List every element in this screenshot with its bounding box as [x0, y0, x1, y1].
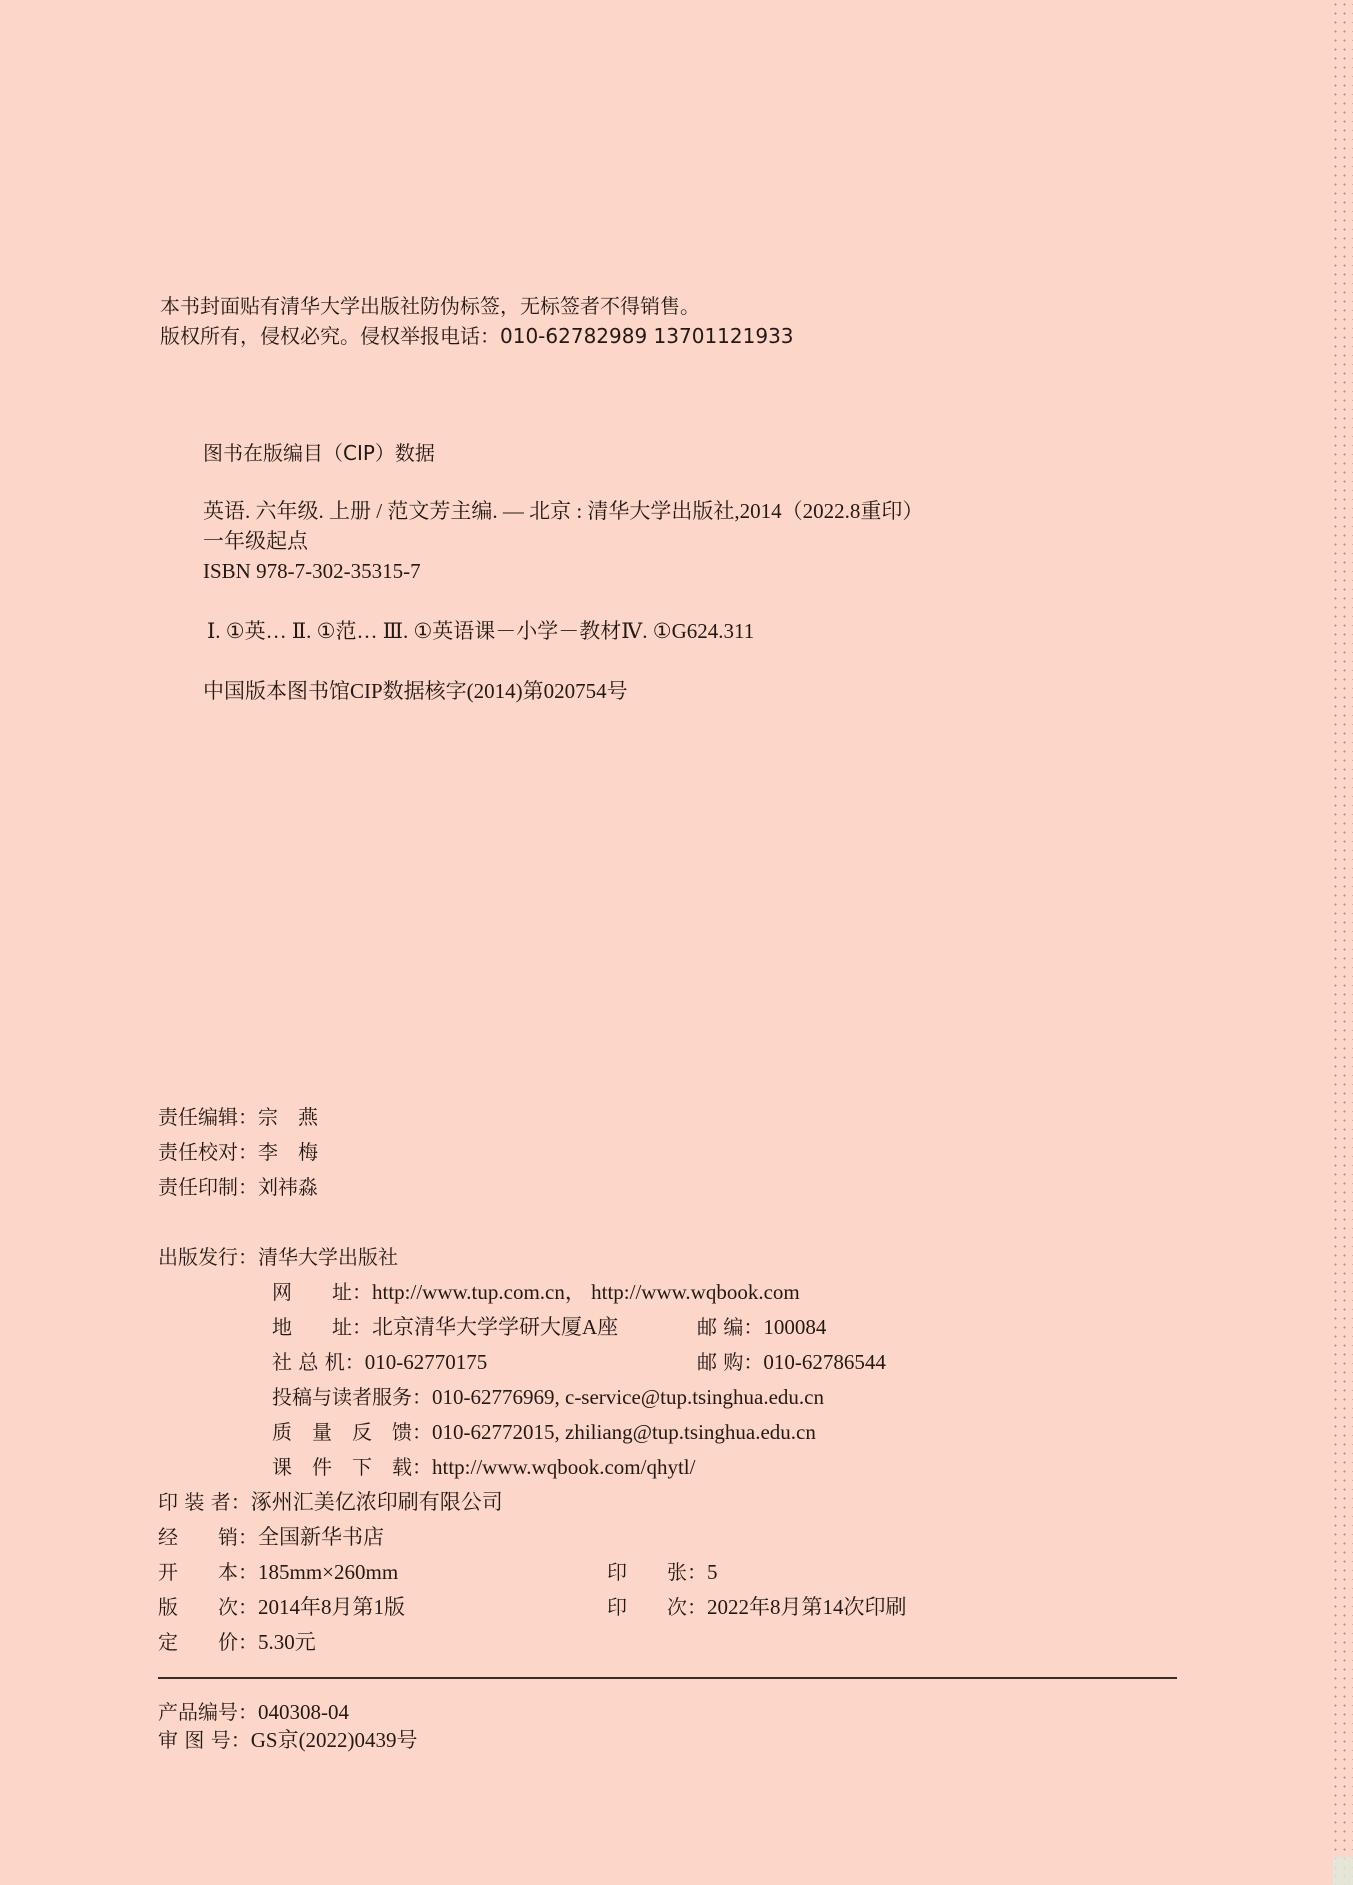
impression-value: 2022年8月第14次印刷: [707, 1597, 907, 1618]
cip-approval-number: 中国版本图书馆CIP数据核字(2014)第020754号: [203, 681, 628, 702]
product-code-label: 产品编号：: [158, 1702, 258, 1722]
price-label: 定 价：: [158, 1632, 258, 1652]
impression-label: 印 次：: [607, 1597, 707, 1617]
staff-print-manager: 责任印制： 刘祎淼: [158, 1177, 318, 1197]
cip-record-line: 英语. 六年级. 上册 / 范文芳主编. — 北京 : 清华大学出版社,2014…: [203, 501, 923, 522]
switchboard-value: 010-62770175: [365, 1352, 488, 1373]
impression: 印 次： 2022年8月第14次印刷: [607, 1597, 907, 1618]
publisher-name: 清华大学出版社: [258, 1247, 398, 1267]
page-corner-tint: [1333, 1857, 1353, 1885]
address-label: 地 址：: [272, 1317, 372, 1337]
map-review-number: 审 图 号： GS京(2022)0439号: [158, 1730, 418, 1751]
publisher-reader-service: 投稿与读者服务： 010-62776969, c-service@tup.tsi…: [272, 1387, 824, 1408]
address-value: 北京清华大学学研大厦A座: [372, 1317, 618, 1338]
courseware-label: 课 件 下 载：: [272, 1457, 432, 1477]
reader-service-value[interactable]: 010-62776969, c-service@tup.tsinghua.edu…: [432, 1387, 824, 1408]
format-label: 开 本：: [158, 1562, 258, 1582]
distributor: 经 销： 全国新华书店: [158, 1527, 384, 1548]
website-label: 网 址：: [272, 1282, 372, 1302]
price-value: 5.30元: [258, 1632, 316, 1653]
publisher-postcode: 邮 编： 100084: [697, 1317, 826, 1338]
edition-value: 2014年8月第1版: [258, 1597, 405, 1618]
sheets-label: 印 张：: [607, 1562, 707, 1582]
price: 定 价： 5.30元: [158, 1632, 316, 1653]
quality-feedback-label: 质 量 反 馈：: [272, 1422, 432, 1442]
map-review-label: 审 图 号：: [158, 1730, 251, 1750]
reader-service-label: 投稿与读者服务：: [272, 1387, 432, 1407]
edition-label: 版 次：: [158, 1597, 258, 1617]
product-code: 产品编号： 040308-04: [158, 1702, 349, 1723]
sheets-value: 5: [707, 1562, 718, 1583]
mail-order-value: 010-62786544: [763, 1352, 886, 1373]
edition: 版 次： 2014年8月第1版: [158, 1597, 405, 1618]
horizontal-divider: [158, 1677, 1177, 1679]
quality-feedback-value[interactable]: 010-62772015, zhiliang@tup.tsinghua.edu.…: [432, 1422, 816, 1443]
courseware-link[interactable]: http://www.wqbook.com/qhytl/: [432, 1457, 695, 1478]
staff-editor: 责任编辑： 宗 燕: [158, 1107, 318, 1127]
staff-label: 责任编辑：: [158, 1107, 258, 1127]
mail-order-label: 邮 购：: [697, 1352, 763, 1372]
page-edge-dot-pattern: [1331, 0, 1353, 1885]
isbn: ISBN 978-7-302-35315-7: [203, 561, 421, 582]
staff-label: 责任印制：: [158, 1177, 258, 1197]
publisher-mail-order: 邮 购： 010-62786544: [697, 1352, 886, 1373]
staff-value: 李 梅: [258, 1142, 318, 1162]
anti-counterfeit-notice: 本书封面贴有清华大学出版社防伪标签，无标签者不得销售。: [160, 296, 700, 316]
website-links[interactable]: http://www.tup.com.cn， http://www.wqbook…: [372, 1282, 800, 1303]
postcode-label: 邮 编：: [697, 1317, 763, 1337]
publisher-address: 地 址： 北京清华大学学研大厦A座: [272, 1317, 618, 1338]
postcode-value: 100084: [763, 1317, 826, 1338]
map-review-value: GS京(2022)0439号: [251, 1730, 418, 1751]
switchboard-label: 社 总 机：: [272, 1352, 365, 1372]
piracy-report-notice: 版权所有，侵权必究。侵权举报电话：010-62782989 1370112193…: [160, 326, 794, 346]
publisher-quality-feedback: 质 量 反 馈： 010-62772015, zhiliang@tup.tsin…: [272, 1422, 816, 1443]
publisher-label: 出版发行：: [158, 1247, 258, 1267]
distributor-label: 经 销：: [158, 1527, 258, 1547]
distributor-value: 全国新华书店: [258, 1527, 384, 1548]
product-code-value: 040308-04: [258, 1702, 349, 1723]
printer-value: 涿州汇美亿浓印刷有限公司: [251, 1492, 503, 1513]
format-value: 185mm×260mm: [258, 1562, 398, 1583]
staff-value: 刘祎淼: [258, 1177, 318, 1197]
cip-record-subtitle: 一年级起点: [203, 531, 308, 552]
printer-label: 印 装 者：: [158, 1492, 251, 1512]
publisher: 出版发行： 清华大学出版社: [158, 1247, 398, 1267]
printer: 印 装 者： 涿州汇美亿浓印刷有限公司: [158, 1492, 503, 1513]
staff-value: 宗 燕: [258, 1107, 318, 1127]
publisher-switchboard: 社 总 机： 010-62770175: [272, 1352, 487, 1373]
format: 开 本： 185mm×260mm: [158, 1562, 398, 1583]
staff-label: 责任校对：: [158, 1142, 258, 1162]
staff-proofreader: 责任校对： 李 梅: [158, 1142, 318, 1162]
cip-classification: Ⅰ. ①英… Ⅱ. ①范… Ⅲ. ①英语课－小学－教材Ⅳ. ①G624.311: [207, 621, 754, 642]
cip-title: 图书在版编目（CIP）数据: [203, 443, 435, 463]
publisher-website: 网 址： http://www.tup.com.cn， http://www.w…: [272, 1282, 800, 1303]
sheets: 印 张： 5: [607, 1562, 718, 1583]
publisher-courseware: 课 件 下 载： http://www.wqbook.com/qhytl/: [272, 1457, 695, 1478]
